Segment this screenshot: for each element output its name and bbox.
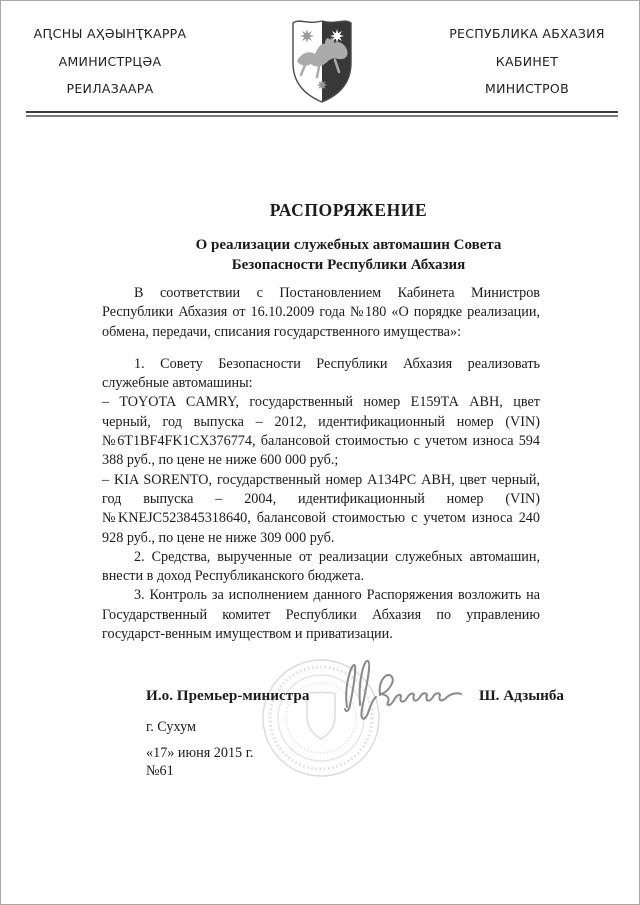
header-right-russian: РЕСПУБЛИКА АБХАЗИЯ КАБИНЕТ МИНИСТРОВ [441, 20, 613, 103]
handwritten-signature-icon [333, 651, 465, 731]
abkhazia-coat-of-arms-icon [289, 17, 355, 105]
document-subject-line: О реализации служебных автомашин Совета [56, 236, 640, 256]
document-date: «17» июня 2015 г. [146, 745, 253, 762]
signer-position: И.о. Премьер-министра [146, 687, 309, 705]
intro-paragraph: В соответствии с Постановлением Кабинета… [102, 284, 540, 342]
header-left-line: АԤСНЫ АҲӘЫНҬҞАРРА [25, 20, 195, 48]
item-2-paragraph: 2. Средства, вырученные от реализации сл… [102, 548, 540, 587]
header-right-line: МИНИСТРОВ [441, 75, 613, 103]
signer-name: Ш. Адзынба [479, 687, 564, 705]
header-left-abkhaz: АԤСНЫ АҲӘЫНҬҞАРРА АМИНИСТРЦӘА РЕИЛАЗААРА [25, 20, 195, 103]
document-page: АԤСНЫ АҲӘЫНҬҞАРРА АМИНИСТРЦӘА РЕИЛАЗААРА [0, 0, 640, 905]
document-title: РАСПОРЯЖЕНИЕ [56, 200, 640, 221]
header-left-line: РЕИЛАЗААРА [25, 75, 195, 103]
item-1-heading: 1. Совету Безопасности Республики Абхази… [102, 355, 540, 394]
document-subject: О реализации служебных автомашин Совета … [56, 236, 640, 275]
vehicle-item-kia: – KIA SORENTO, государственный номер А13… [102, 471, 540, 548]
header-divider [26, 111, 618, 117]
header-right-line: КАБИНЕТ [441, 48, 613, 76]
header-right-line: РЕСПУБЛИКА АБХАЗИЯ [441, 20, 613, 48]
document-number: №61 [146, 763, 174, 780]
header-left-line: АМИНИСТРЦӘА [25, 48, 195, 76]
document-city: г. Сухум [146, 719, 196, 736]
vehicle-item-toyota: – TOYOTA CAMRY, государственный номер Е1… [102, 393, 540, 470]
document-body: В соответствии с Постановлением Кабинета… [102, 284, 540, 644]
document-subject-line: Безопасности Республики Абхазия [56, 256, 640, 276]
item-3-paragraph: 3. Контроль за исполнением данного Распо… [102, 586, 540, 644]
